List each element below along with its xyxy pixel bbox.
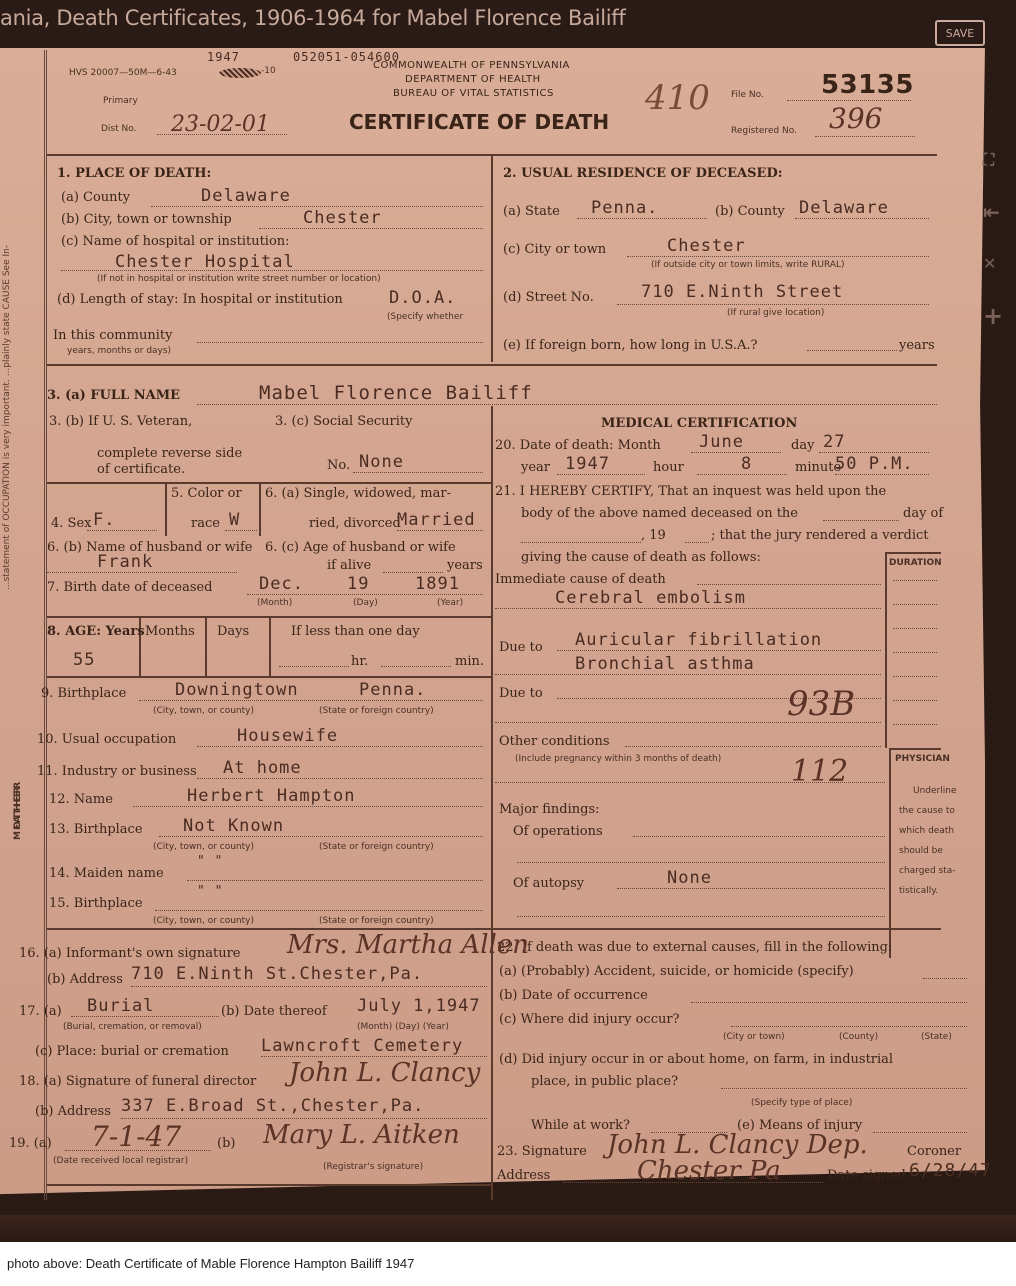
min-label: min. — [455, 654, 484, 669]
certify-line-3b: ; that the jury rendered a verdict — [711, 528, 929, 543]
informant-address: 710 E.Ninth St.Chester,Pa. — [131, 964, 423, 984]
birthplace-state-note: (State or foreign country) — [319, 706, 434, 716]
operations-label: Of operations — [513, 824, 603, 839]
ss-no: None — [359, 452, 404, 472]
autopsy: None — [667, 868, 712, 888]
external-heading: 22. If death was due to external causes,… — [497, 940, 892, 955]
registrar-label: (b) — [217, 1136, 235, 1151]
immediate-cause: Cerebral embolism — [555, 588, 746, 608]
due-to-2-label: Due to — [499, 686, 543, 701]
foreign-years-label: years — [899, 338, 935, 353]
community-note: years, months or days) — [67, 346, 171, 356]
death-county: Delaware — [201, 186, 291, 206]
hr-label: hr. — [351, 654, 368, 669]
birth-year: 1891 — [415, 574, 460, 594]
spouse-age-label: 6. (c) Age of husband or wife — [265, 540, 456, 555]
hospital-note: (If not in hospital or institution write… — [97, 274, 381, 284]
autopsy-label: Of autopsy — [513, 876, 584, 891]
registered-label: Registered No. — [731, 126, 797, 136]
certify-line-2b: day of — [903, 506, 943, 521]
age-years: 55 — [73, 650, 95, 670]
stay-note: (Specify whether — [387, 312, 463, 322]
physician-note-4: should be — [899, 846, 943, 856]
file-label: File No. — [731, 90, 764, 100]
handwritten-410: 410 — [645, 78, 710, 118]
father-state-note: (State or foreign country) — [319, 842, 434, 852]
sex: F. — [93, 510, 115, 530]
physician-heading: PHYSICIAN — [895, 754, 950, 764]
primary-label: Primary — [103, 96, 138, 106]
death-year: 1947 — [565, 454, 610, 474]
handwritten-code-112: 112 — [791, 754, 848, 789]
coroner-signature-label: 23. Signature — [497, 1144, 587, 1159]
physician-note-3: which death — [899, 826, 954, 836]
burial-label: 17. (a) — [19, 1004, 62, 1019]
father-birthplace: Not Known — [183, 816, 284, 836]
res-county: Delaware — [799, 198, 889, 218]
dist-label: Dist No. — [101, 124, 136, 134]
burial-note: (Burial, cremation, or removal) — [63, 1022, 202, 1032]
immediate-cause-label: Immediate cause of death — [495, 572, 666, 587]
father-name: Herbert Hampton — [187, 786, 356, 806]
external-a-label: (a) (Probably) Accident, suicide, or hom… — [499, 964, 854, 979]
birthplace-state: Penna. — [359, 680, 426, 700]
registrar-note: (Registrar's signature) — [323, 1162, 423, 1172]
registrar-signature: Mary L. Aitken — [263, 1120, 460, 1150]
death-day-label: day — [791, 438, 814, 453]
director-address: 337 E.Broad St.,Chester,Pa. — [121, 1096, 424, 1116]
certify-line-2: body of the above named deceased on the — [521, 506, 798, 521]
death-city: Chester — [303, 208, 382, 228]
registered-no: 396 — [829, 102, 882, 135]
informant-address-label: (b) Address — [47, 972, 123, 987]
veteran-note-1: complete reverse side — [97, 446, 242, 461]
mother-state-note: (State or foreign country) — [319, 916, 434, 926]
funeral-director-label: 18. (a) Signature of funeral director — [19, 1074, 256, 1089]
death-city-label: (b) City, town or township — [61, 212, 232, 227]
burial-date-label: (b) Date thereof — [221, 1004, 327, 1019]
residence-heading: 2. USUAL RESIDENCE OF DECEASED: — [503, 166, 783, 181]
birthplace-city-note: (City, town, or county) — [153, 706, 254, 716]
save-button[interactable]: SAVE — [935, 20, 985, 46]
stamp-suffix: -10 — [261, 66, 276, 76]
race-label-1: 5. Color or — [171, 486, 242, 501]
death-certificate-form: HVS 20007—50M—6-43 1947 052051-054600 -1… — [44, 50, 974, 1200]
certify-line-1: 21. I HEREBY CERTIFY, That an inquest wa… — [495, 484, 886, 499]
res-street-note: (If rural give location) — [727, 308, 824, 318]
viewer-header: ania, Death Certificates, 1906-1964 for … — [0, 0, 1016, 48]
place-of-death-heading: 1. PLACE OF DEATH: — [57, 166, 211, 181]
received-label: 19. (a) — [9, 1136, 52, 1151]
occupation: Housewife — [237, 726, 338, 746]
marital-label-1: 6. (a) Single, widowed, mar- — [265, 486, 451, 501]
day-note: (Day) — [353, 598, 378, 608]
father-city-note: (City, town, or county) — [153, 842, 254, 852]
coroner-address-label: Address — [497, 1168, 550, 1183]
birthplace-label: 9. Birthplace — [41, 686, 126, 701]
due-to-cause-1b: Bronchial asthma — [575, 654, 755, 674]
burial-date-note: (Month) (Day) (Year) — [357, 1022, 449, 1032]
agency-line-2: DEPARTMENT OF HEALTH — [405, 74, 541, 85]
veteran-label: 3. (b) If U. S. Veteran, — [49, 414, 192, 429]
birth-month: Dec. — [259, 574, 304, 594]
age-label: 8. AGE: Years — [47, 624, 145, 639]
tools-icon[interactable]: ✕ — [983, 254, 996, 273]
document-photo: ania, Death Certificates, 1906-1964 for … — [0, 0, 1016, 1242]
res-street: 710 E.Ninth Street — [641, 282, 843, 302]
physician-note-5: charged sta- — [899, 866, 956, 876]
length-of-stay: D.O.A. — [389, 288, 456, 308]
certify-line-4: giving the cause of death as follows: — [521, 550, 761, 565]
state-note: (State) — [921, 1032, 952, 1042]
age-days-label: Days — [217, 624, 249, 639]
father-name-label: 12. Name — [49, 792, 113, 807]
director-address-label: (b) Address — [35, 1104, 111, 1119]
occupation-label: 10. Usual occupation — [37, 732, 176, 747]
external-d-label-2: place, in public place? — [531, 1074, 678, 1089]
informant-label: 16. (a) Informant's own signature — [19, 946, 240, 961]
birth-date-label: 7. Birth date of deceased — [47, 580, 213, 595]
death-minute: 50 P.M. — [835, 454, 914, 474]
marital-label-2: ried, divorced — [309, 516, 401, 531]
veteran-note-2: of certificate. — [97, 462, 185, 477]
fullscreen-icon[interactable]: ⛶ — [983, 150, 994, 170]
burial-place-label: (c) Place: burial or cremation — [35, 1044, 229, 1059]
mother-city-note: (City, town, or county) — [153, 916, 254, 926]
certify-line-3: , 19 — [641, 528, 666, 543]
birth-day: 19 — [347, 574, 369, 594]
marital-status: Married — [397, 510, 476, 530]
coroner-title: Coroner — [907, 1144, 961, 1159]
foreign-born-label: (e) If foreign born, how long in U.S.A.? — [503, 338, 757, 353]
death-month: June — [699, 432, 744, 452]
type-of-place-note: (Specify type of place) — [751, 1098, 852, 1108]
major-findings-label: Major findings: — [499, 802, 600, 817]
zoom-in-icon[interactable]: + — [983, 302, 1003, 330]
external-c-label: (c) Where did injury occur? — [499, 1012, 680, 1027]
burial-date: July 1,1947 — [357, 996, 481, 1016]
external-b-label: (b) Date of occurrence — [499, 988, 648, 1003]
duration-label: DURATION — [889, 558, 942, 568]
res-city: Chester — [667, 236, 746, 256]
industry-label: 11. Industry or business — [37, 764, 197, 779]
res-street-label: (d) Street No. — [503, 290, 594, 305]
mother-maiden: " " — [197, 854, 223, 869]
physician-note-2: the cause to — [899, 806, 955, 816]
record-title: ania, Death Certificates, 1906-1964 for … — [0, 6, 626, 30]
death-date-label: 20. Date of death: Month — [495, 438, 661, 453]
spouse-age-years: years — [447, 558, 483, 573]
burial-place: Lawncroft Cemetery — [261, 1036, 463, 1056]
burial-method: Burial — [87, 996, 154, 1016]
mother-maiden-label: 14. Maiden name — [49, 866, 164, 881]
year-stamp: 1947 — [207, 50, 240, 64]
stay-label: (d) Length of stay: In hospital or insti… — [57, 292, 343, 307]
ss-label: 3. (c) Social Security — [275, 414, 413, 429]
due-to-1-label: Due to — [499, 640, 543, 655]
full-name: Mabel Florence Bailiff — [259, 382, 533, 404]
date-signed: 6/28/47 — [909, 1160, 992, 1181]
full-name-label: 3. (a) FULL NAME — [47, 388, 180, 403]
race: W — [229, 510, 240, 530]
agency-line-3: BUREAU OF VITAL STATISTICS — [393, 88, 554, 99]
res-city-note: (If outside city or town limits, write R… — [651, 260, 845, 270]
funeral-director-signature: John L. Clancy — [289, 1058, 480, 1088]
sex-label: 4. Sex — [51, 516, 91, 531]
less-than-day-label: If less than one day — [291, 624, 420, 639]
informant-signature: Mrs. Martha Allen — [287, 930, 529, 960]
stamp-mark — [219, 68, 261, 78]
photo-caption: photo above: Death Certificate of Mable … — [7, 1256, 414, 1271]
external-d-label-1: (d) Did injury occur in or about home, o… — [499, 1052, 893, 1067]
file-no: 53135 — [821, 70, 914, 100]
res-state: Penna. — [591, 198, 658, 218]
hospital-label: (c) Name of hospital or institution: — [61, 234, 290, 249]
race-label-2: race — [191, 516, 220, 531]
age-months-label: Months — [145, 624, 195, 639]
death-year-label: year — [521, 460, 550, 475]
fit-width-icon[interactable]: ⇤ — [983, 200, 1000, 224]
mother-birthplace: " " — [197, 884, 223, 899]
father-side-label: FATHER — [13, 780, 23, 830]
physician-note-6: tistically. — [899, 886, 938, 896]
due-to-cause-1: Auricular fibrillation — [575, 630, 822, 650]
physician-note-1: Underline — [913, 786, 956, 796]
margin-instructions: ...statement of OCCUPATION is very impor… — [2, 70, 32, 590]
handwritten-code-93b: 93B — [787, 684, 855, 724]
month-note: (Month) — [257, 598, 292, 608]
date-signed-label: Date signed — [827, 1168, 906, 1183]
received-date: 7-1-47 — [91, 1120, 181, 1153]
res-city-label: (c) City or town — [503, 242, 606, 257]
received-note: (Date received local registrar) — [53, 1156, 188, 1166]
mother-birthplace-label: 15. Birthplace — [49, 896, 143, 911]
death-county-label: (a) County — [61, 190, 130, 205]
photo-shadow — [0, 1215, 1016, 1242]
form-code: HVS 20007—50M—6-43 — [69, 68, 177, 78]
death-hour-label: hour — [653, 460, 684, 475]
other-conditions-label: Other conditions — [499, 734, 610, 749]
certificate-title: CERTIFICATE OF DEATH — [349, 110, 609, 134]
death-day: 27 — [823, 432, 845, 452]
other-conditions-note: (Include pregnancy within 3 months of de… — [515, 754, 721, 764]
hospital-name: Chester Hospital — [115, 252, 295, 272]
father-birthplace-label: 13. Birthplace — [49, 822, 143, 837]
res-state-label: (a) State — [503, 204, 560, 219]
res-county-label: (b) County — [715, 204, 785, 219]
year-note: (Year) — [437, 598, 463, 608]
spouse-name: Frank — [97, 552, 153, 572]
birthplace-city: Downingtown — [175, 680, 299, 700]
industry: At home — [223, 758, 302, 778]
ss-no-label: No. — [327, 458, 350, 473]
medical-heading: MEDICAL CERTIFICATION — [601, 416, 797, 431]
agency-line-1: COMMONWEALTH OF PENNSYLVANIA — [373, 60, 570, 71]
city-town-note: (City or town) — [723, 1032, 785, 1042]
county-note: (County) — [839, 1032, 878, 1042]
community-label: In this community — [53, 328, 172, 343]
spouse-age-label-2: if alive — [327, 558, 371, 573]
death-hour: 8 — [741, 454, 752, 474]
